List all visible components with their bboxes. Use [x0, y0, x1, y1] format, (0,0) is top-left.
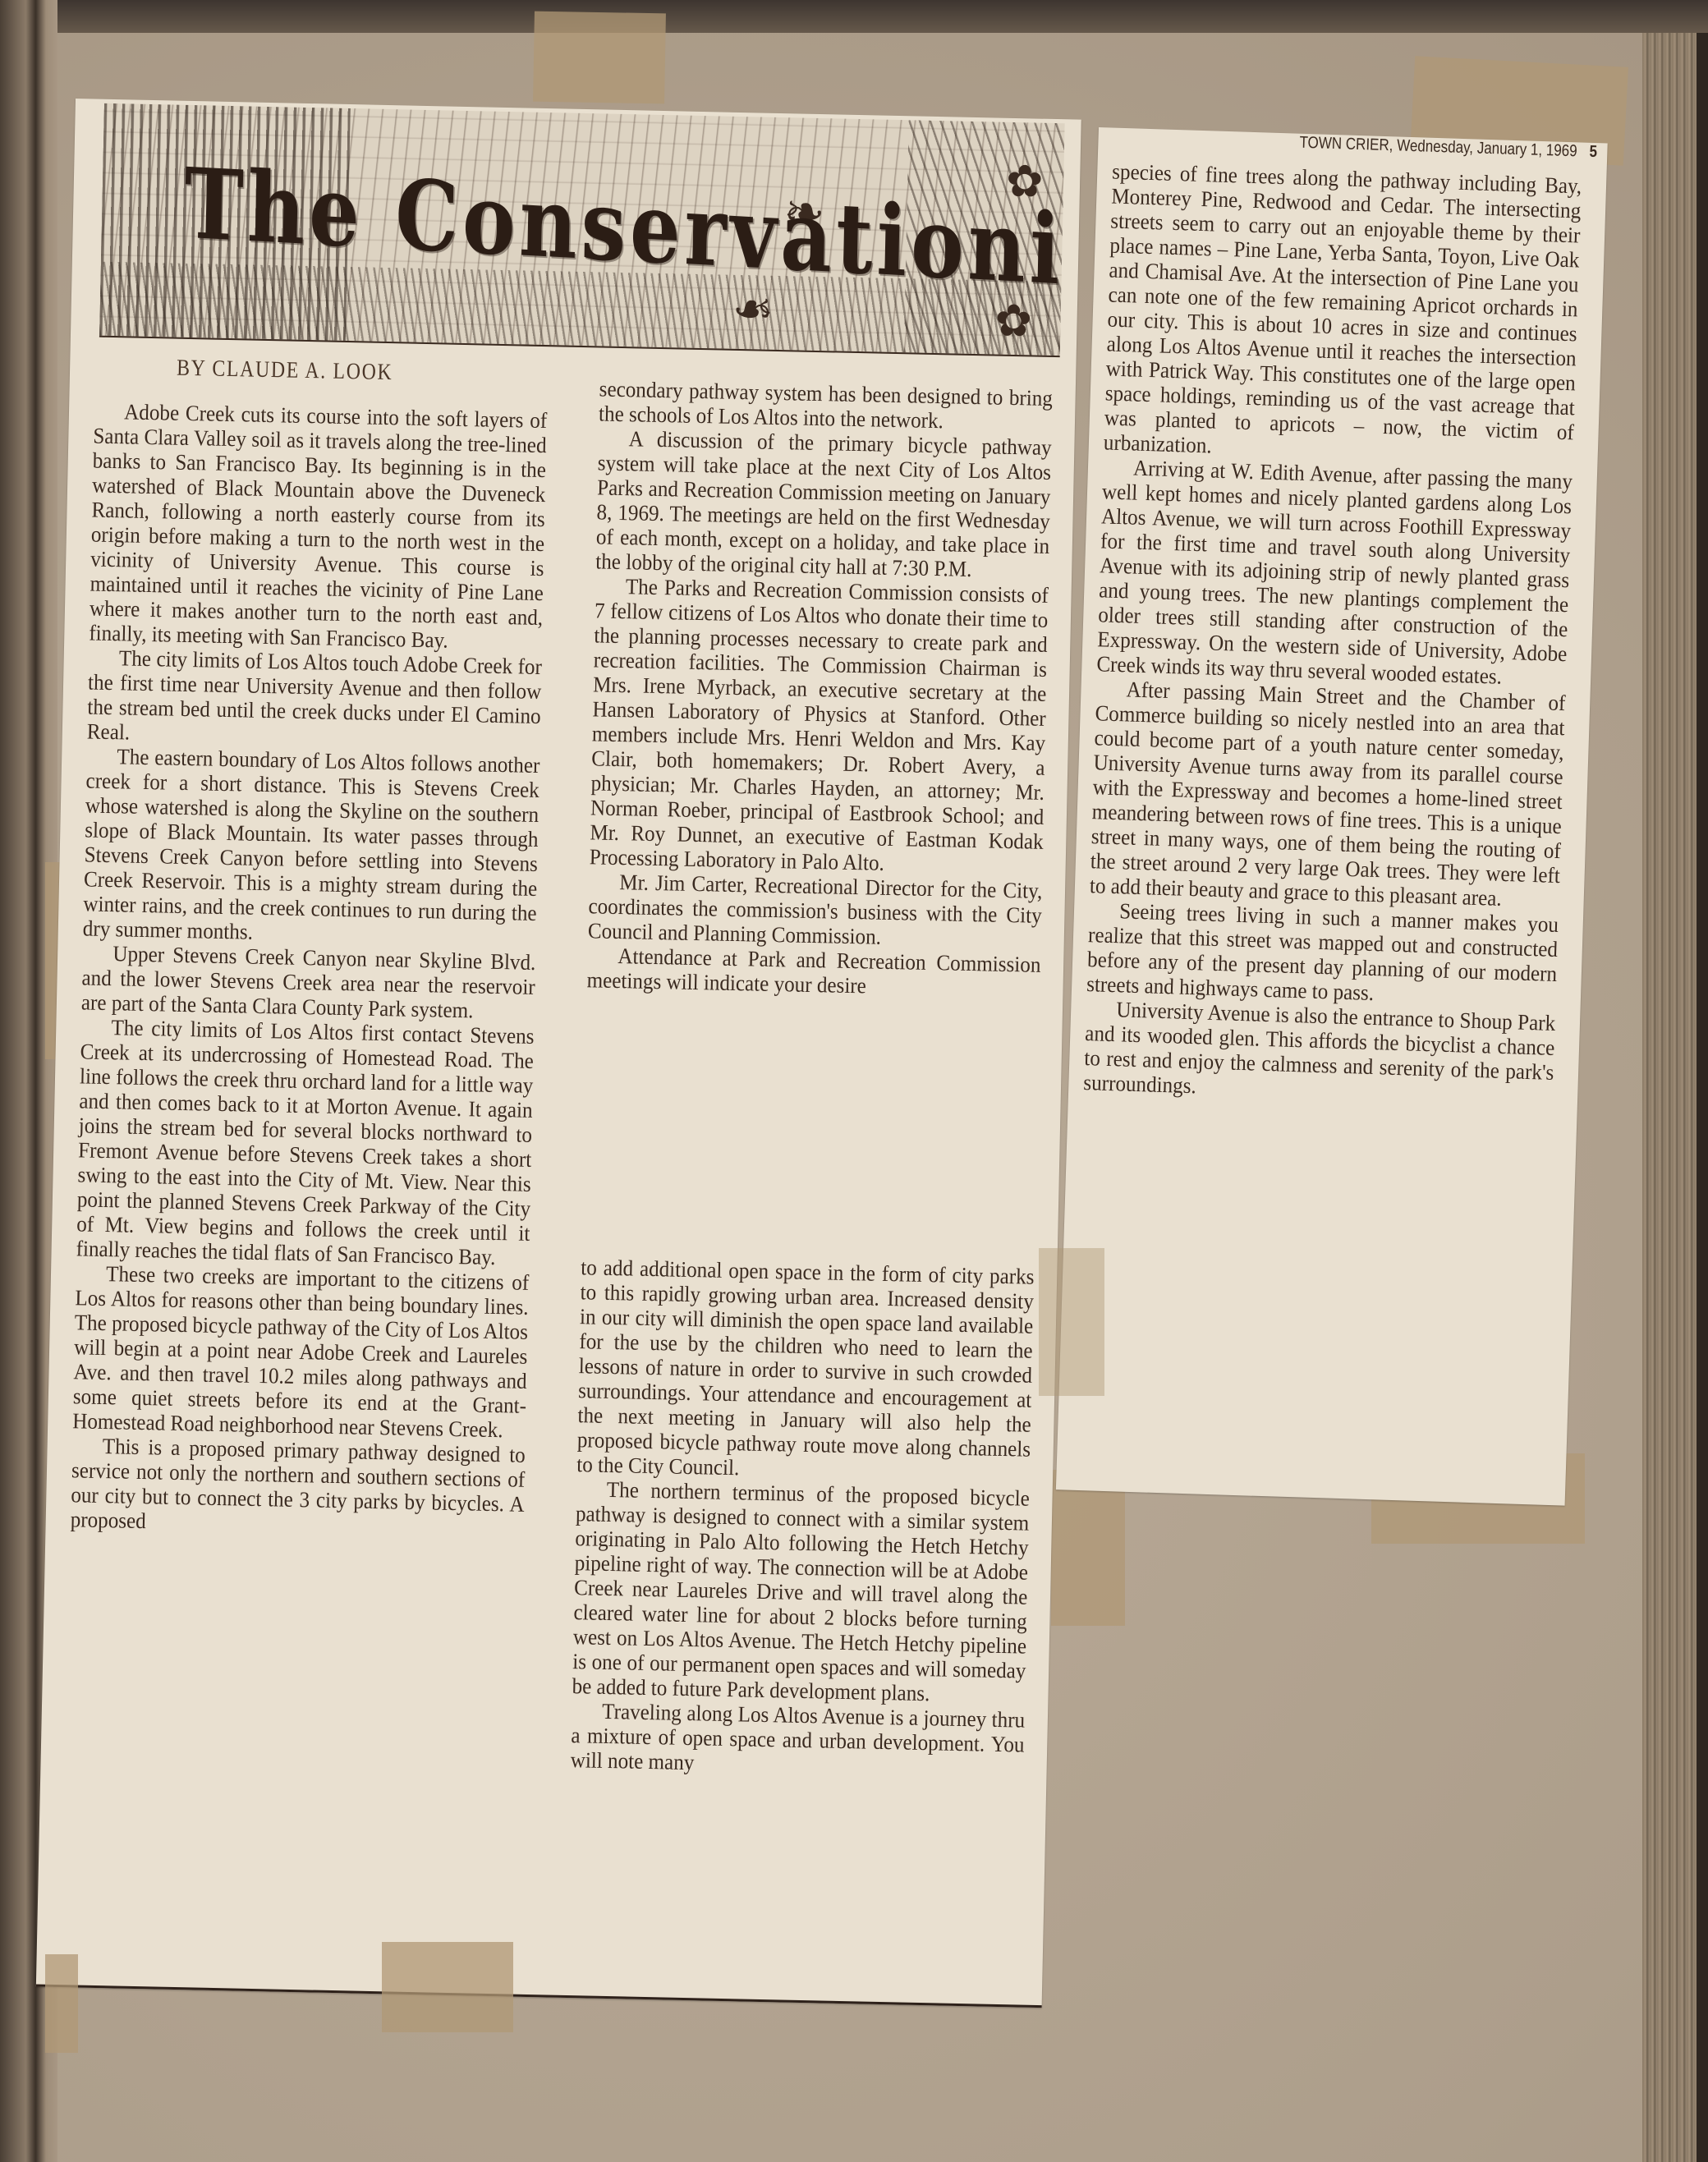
masthead-illustration: ❧ ❧ ✿ ✿ The Conservationist [99, 103, 1065, 357]
paragraph: The eastern boundary of Los Altos follow… [83, 743, 540, 950]
publication-name: TOWN CRIER, [1300, 134, 1394, 155]
paragraph: This is a proposed primary pathway desig… [70, 1433, 526, 1541]
paragraph: The northern terminus of the proposed bi… [572, 1476, 1030, 1708]
paragraph: species of fine trees along the pathway … [1103, 159, 1582, 470]
paragraph: Mr. Jim Carter, Recreational Director fo… [588, 869, 1043, 952]
paragraph: University Avenue is also the entrance t… [1083, 996, 1556, 1109]
paragraph: The city limits of Los Altos first conta… [76, 1014, 534, 1270]
article-column-1: Adobe Creek cuts its course into the sof… [70, 399, 549, 1541]
page-number: 5 [1590, 143, 1598, 161]
page-edges [1642, 33, 1708, 2162]
paragraph: Arriving at W. Edith Avenue, after passi… [1096, 454, 1573, 691]
paragraph: Upper Stevens Creek Canyon near Skyline … [81, 940, 536, 1024]
paragraph: Seeing trees living in such a manner mak… [1086, 897, 1559, 1011]
article-column-3: species of fine trees along the pathway … [1083, 159, 1585, 1109]
tape-strip [382, 1942, 513, 2032]
paragraph: The Parks and Recreation Commission cons… [589, 573, 1049, 878]
article-column-2-continued: to add additional open space in the form… [570, 1255, 1036, 1781]
byline: BY CLAUDE A. LOOK [177, 356, 393, 387]
background-shadow [57, 0, 1708, 37]
article-column-2: secondary pathway system has been design… [586, 376, 1055, 1001]
article-clipping-right: TOWN CRIER, Wednesday, January 1, 1969 5… [1056, 127, 1608, 1506]
tape-strip [45, 1954, 78, 2053]
paragraph: Attendance at Park and Recreation Commis… [586, 943, 1040, 1002]
tape-strip [533, 11, 666, 104]
article-clipping-main: ❧ ❧ ✿ ✿ The Conservationist BY CLAUDE A.… [36, 99, 1081, 2008]
paragraph: The city limits of Los Altos touch Adobe… [87, 645, 543, 753]
tape-strip [1051, 1470, 1125, 1626]
paragraph: Adobe Creek cuts its course into the sof… [89, 399, 547, 655]
paragraph: After passing Main Street and the Chambe… [1090, 676, 1566, 912]
paragraph: Traveling along Los Altos Avenue is a jo… [570, 1698, 1025, 1782]
paragraph: These two creeks are important to the ci… [72, 1260, 530, 1443]
tape-strip [1039, 1248, 1104, 1396]
paragraph: to add additional open space in the form… [576, 1255, 1035, 1486]
paragraph: A discussion of the primary bicycle path… [595, 425, 1052, 583]
